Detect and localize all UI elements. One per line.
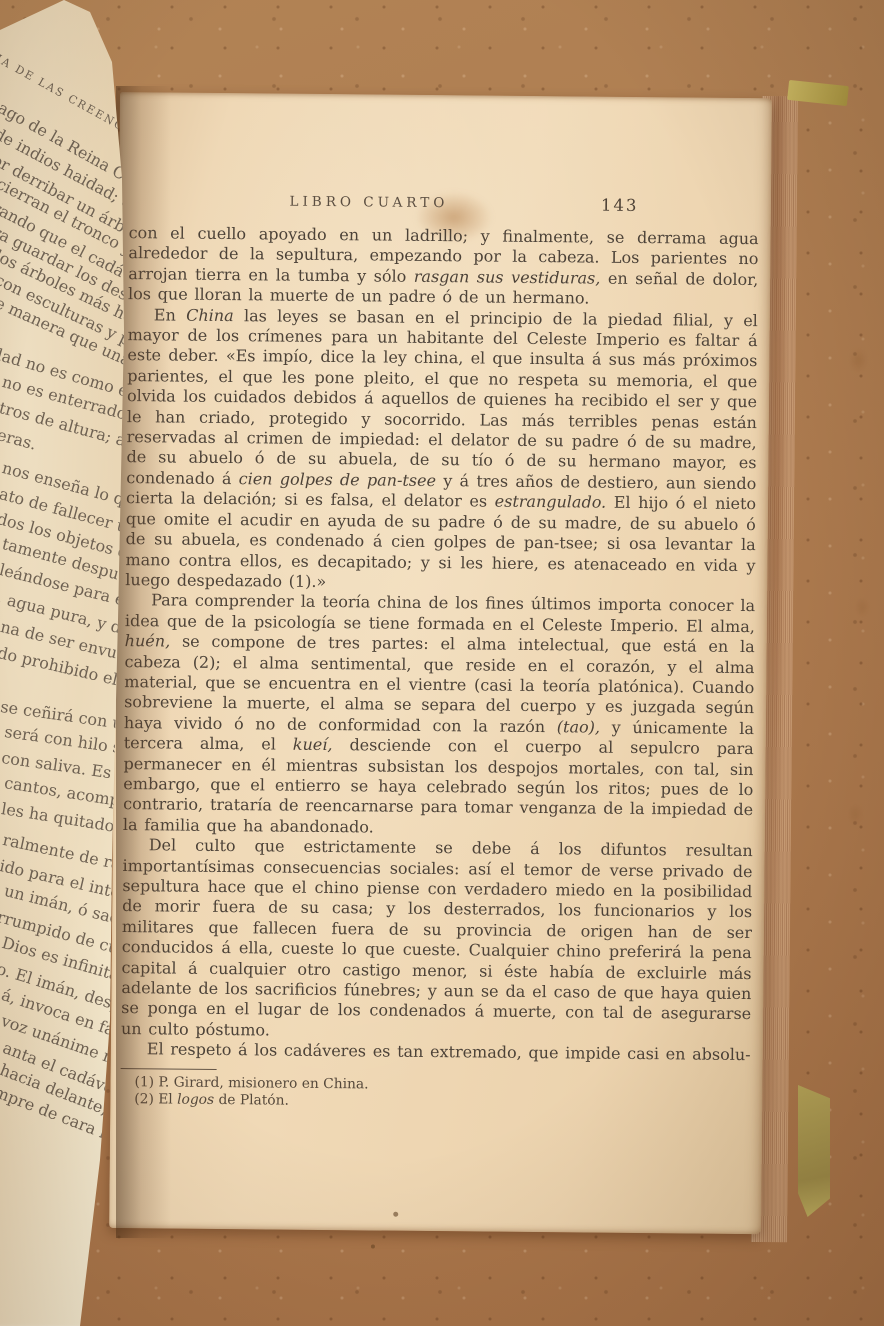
foxing-stain	[855, 597, 869, 617]
text-column: LIBRO CUARTO 143 con el cuello apoyado e…	[120, 192, 759, 1115]
ink-speck	[371, 1244, 375, 1248]
italic-run: cien golpes de pan-tsee	[239, 469, 437, 490]
italic-run: China	[186, 305, 234, 324]
right-page: LIBRO CUARTO 143 con el cuello apoyado e…	[109, 92, 772, 1234]
italic-run: rasgan sus vestiduras,	[414, 267, 601, 288]
page-number: 143	[601, 196, 639, 215]
paragraph: En China las leyes se basan en el princi…	[125, 305, 758, 597]
italic-run: estrangulado.	[495, 492, 607, 512]
cover-corner-bottom	[798, 1085, 830, 1217]
ink-speck	[393, 1212, 398, 1217]
foxing-stain	[847, 803, 863, 825]
foxing-stain	[849, 347, 867, 373]
body-text: con el cuello apoyado en un ladrillo; y …	[121, 223, 759, 1066]
book-photo: LIBRO CUARTO 143 con el cuello apoyado e…	[0, 0, 884, 1326]
text-run: Del culto que estrictamente se debe á lo…	[121, 835, 753, 1039]
paragraph: Para comprender la teoría china de los f…	[123, 590, 755, 841]
running-title: LIBRO CUARTO	[129, 192, 609, 213]
left-page-text-fragment: eras.	[0, 425, 39, 454]
text-run: de Platón.	[214, 1092, 289, 1109]
text-run: Para comprender la teoría china de los f…	[125, 591, 755, 636]
text-run: las leyes se basan en el principio de la…	[126, 306, 758, 488]
italic-run: logos	[177, 1092, 214, 1108]
italic-run: (tao),	[557, 717, 600, 736]
gutter-shadow	[116, 86, 176, 1238]
italic-run: kueí,	[293, 735, 333, 754]
paragraph: con el cuello apoyado en un ladrillo; y …	[128, 223, 759, 311]
paragraph: Del culto que estrictamente se debe á lo…	[121, 835, 753, 1045]
page-header: LIBRO CUARTO 143	[129, 192, 759, 220]
footnotes: (1) P. Girard, misionero en China.(2) El…	[120, 1074, 750, 1115]
